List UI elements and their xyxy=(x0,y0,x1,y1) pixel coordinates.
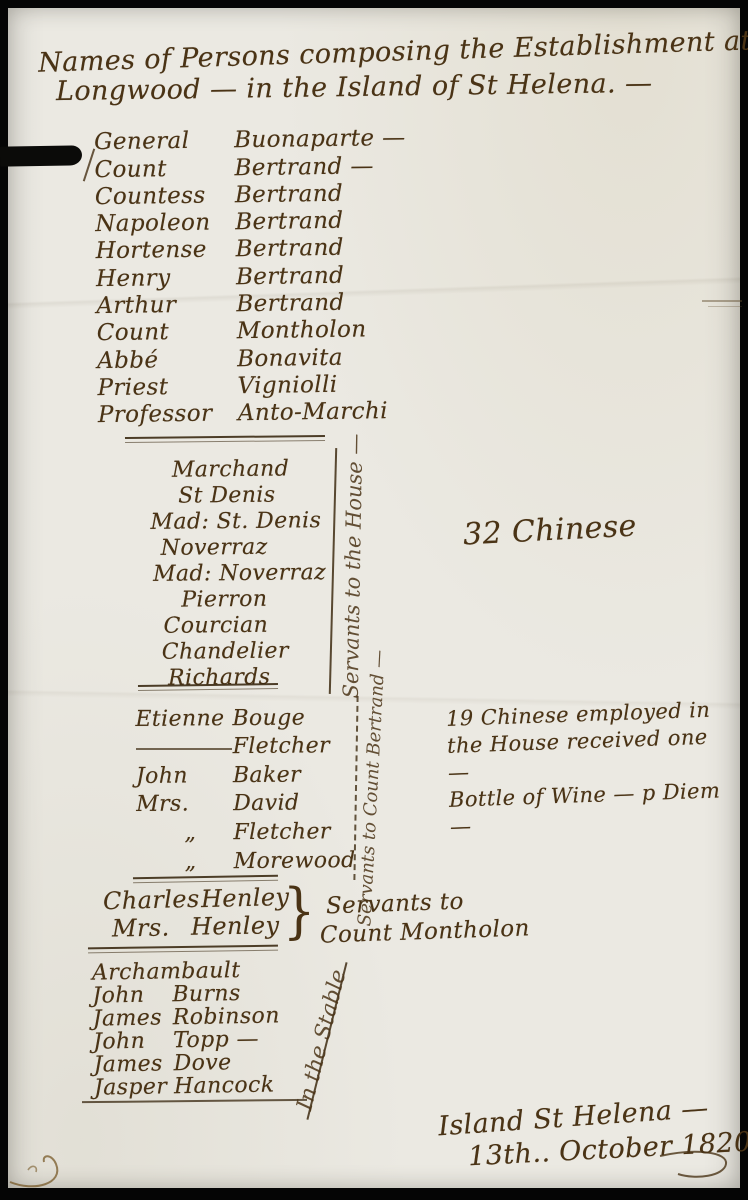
list-item: PriestVigniolli xyxy=(97,369,409,401)
list-item: Fletcher xyxy=(136,730,355,761)
person-surname: Bonavita xyxy=(237,344,343,371)
list-item: Mad: St. Denis xyxy=(150,507,325,535)
person-title: General xyxy=(94,128,234,156)
list-item: „Morewood xyxy=(137,844,356,875)
person-surname: Bertrand xyxy=(235,181,344,209)
servant-surname: Fletcher xyxy=(233,819,331,845)
servant-name: Pierron xyxy=(181,587,267,613)
servant-firstname: Charles xyxy=(103,885,200,916)
person-title: Arthur xyxy=(96,291,236,319)
margin-dash xyxy=(702,300,742,302)
list-item: JasperHancock xyxy=(94,1074,281,1100)
list-item: NapoleonBertrand xyxy=(95,206,407,238)
person-surname: Bertrand xyxy=(235,208,344,236)
list-item: St Denis xyxy=(178,481,325,509)
servant-firstname: John xyxy=(136,763,233,789)
servant-surname: Baker xyxy=(233,762,301,788)
montholon-label-line1: Servants to xyxy=(326,889,465,920)
person-title: Henry xyxy=(96,264,236,292)
list-item: AbbéBonavita xyxy=(97,342,409,374)
list-item: Chandelier xyxy=(162,637,327,665)
bertrand-servants-list: EtienneBouge Fletcher JohnBaker Mrs.Davi… xyxy=(135,701,355,874)
person-title: Count xyxy=(97,319,237,347)
montholon-label-line2: Count Montholon xyxy=(320,915,531,948)
person-title: Professor xyxy=(98,400,238,428)
list-item: HenryBertrand xyxy=(96,260,408,292)
servant-name: Noverraz xyxy=(161,535,268,561)
stable-list: Archambault JohnBurns JamesRobinson John… xyxy=(92,959,281,1100)
servant-surname: Dove xyxy=(173,1050,231,1076)
wine-note-line2: the House received one — xyxy=(447,723,729,787)
servant-firstname: Jasper xyxy=(94,1074,174,1100)
person-surname: Bertrand xyxy=(236,290,345,318)
bracket-label-house-text: Servants to the House — xyxy=(339,433,368,698)
bracket-line-house xyxy=(329,448,337,694)
servant-name: Mad: Noverraz xyxy=(153,560,326,587)
servant-surname: Bouge xyxy=(232,705,305,731)
list-item: „Fletcher xyxy=(136,815,355,846)
manuscript-page: Names of Persons composing the Establish… xyxy=(8,8,740,1188)
brace-mark: } xyxy=(283,876,315,946)
list-item: ArthurBertrand xyxy=(96,288,408,320)
list-item: CountMontholon xyxy=(97,315,409,347)
person-title: Count xyxy=(94,155,234,183)
servant-firstname: Etienne xyxy=(135,706,232,732)
servant-surname: Robinson xyxy=(173,1003,280,1030)
servant-firstname: Mrs. xyxy=(112,913,170,942)
scan-frame: Names of Persons composing the Establish… xyxy=(0,0,748,1200)
servant-name: Marchand xyxy=(172,456,289,482)
servant-name: Chandelier xyxy=(162,638,289,664)
servant-surname: Topp — xyxy=(173,1027,259,1053)
servant-name: Mad: St. Denis xyxy=(150,508,321,535)
servant-surname: Henley xyxy=(201,883,290,913)
servant-name: Courcian xyxy=(163,613,268,639)
separator-rule xyxy=(133,875,278,884)
person-title: Priest xyxy=(97,373,237,401)
separator-rule xyxy=(88,945,278,954)
chinese-count-note: 32 Chinese xyxy=(462,508,637,552)
list-item: HortenseBertrand xyxy=(95,233,407,265)
servant-surname: David xyxy=(233,791,300,817)
person-surname: Bertrand xyxy=(235,235,344,263)
person-surname: Buonaparte — xyxy=(234,125,406,153)
person-surname: Bertrand — xyxy=(234,153,374,181)
list-item: JohnBaker xyxy=(136,758,355,789)
list-item: Mrs.David xyxy=(136,787,355,818)
margin-dash xyxy=(708,306,742,307)
person-title: Countess xyxy=(95,182,235,210)
person-title: Napoleon xyxy=(95,209,235,237)
principals-list: GeneralBuonaparte — CountBertrand — Coun… xyxy=(94,124,410,429)
list-item: Marchand xyxy=(172,455,325,483)
list-item: ProfessorAnto-Marchi xyxy=(98,397,410,429)
servant-surname: Morewood xyxy=(234,848,356,874)
list-item: Pierron xyxy=(181,585,326,613)
separator-rule xyxy=(125,435,325,443)
corner-flourish xyxy=(8,1148,80,1196)
servant-firstname: „ xyxy=(137,849,234,875)
list-item: CountessBertrand xyxy=(95,178,407,210)
person-surname: Anto-Marchi xyxy=(238,398,388,426)
servant-surname: Henley xyxy=(191,911,280,941)
list-item: GeneralBuonaparte — xyxy=(94,124,406,156)
pen-flourish xyxy=(656,1146,736,1186)
ditto-line xyxy=(136,748,232,750)
person-surname: Montholon xyxy=(237,317,367,345)
wine-note-line3: Bottle of Wine — p Diem — xyxy=(449,777,731,841)
person-surname: Bertrand xyxy=(236,262,345,290)
list-item: CountBertrand — xyxy=(94,151,406,183)
list-item: Mad: Noverraz xyxy=(153,559,326,587)
list-item: Courcian xyxy=(163,611,326,639)
servant-name: St Denis xyxy=(178,483,276,509)
person-title: Abbé xyxy=(97,346,237,374)
ink-blot xyxy=(0,145,82,166)
bracket-label-stable-text: In the Stable xyxy=(292,967,351,1113)
servant-firstname: Mrs. xyxy=(136,791,233,817)
wine-note: 19 Chinese employed in the House receive… xyxy=(446,696,731,841)
list-item: EtienneBouge xyxy=(135,701,354,732)
servant-surname: Hancock xyxy=(174,1072,275,1099)
list-item: Noverraz xyxy=(161,533,326,561)
person-title: Hortense xyxy=(95,237,235,265)
servant-firstname: „ xyxy=(136,820,233,846)
servant-surname: Fletcher xyxy=(233,733,331,759)
house-servants-list: Marchand St Denis Mad: St. Denis Noverra… xyxy=(150,455,327,691)
person-surname: Vigniolli xyxy=(237,372,337,399)
